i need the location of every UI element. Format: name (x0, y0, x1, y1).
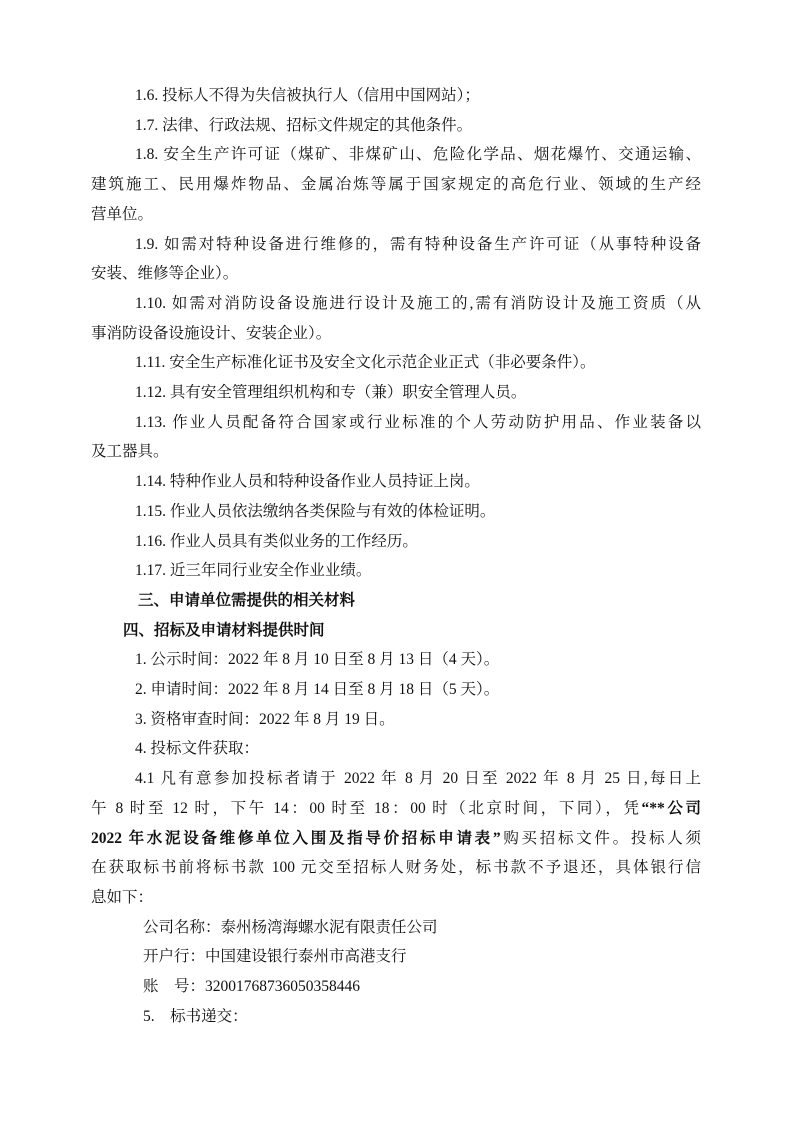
text-segment: 4.1 凡有意参加投标者请于 2022 年 8 月 20 日至 2022 年 8… (135, 770, 701, 787)
text-segment: 息如下： (91, 889, 153, 906)
text-segment: 购买招标文件。投标人须 (501, 830, 701, 847)
text-line: 3. 资格审查时间：2022 年 8 月 19 日。 (91, 705, 701, 735)
text-segment: 2. 申请时间：2022 年 8 月 14 日至 8 月 18 日（5 天）。 (135, 681, 499, 698)
text-segment: 及工器具。 (91, 443, 169, 460)
text-line: 账 号：32001768736050358446 (91, 972, 701, 1002)
bold-text-segment: “**公司 (642, 800, 701, 817)
text-segment: 1.6. 投标人不得为失信被执行人（信用中国网站）； (135, 87, 480, 104)
document-page: 1.6. 投标人不得为失信被执行人（信用中国网站）；1.7. 法律、行政法规、招… (0, 0, 793, 1122)
text-line: 营单位。 (91, 200, 701, 230)
text-line: 1.6. 投标人不得为失信被执行人（信用中国网站）； (91, 81, 701, 111)
text-line: 1.17. 近三年同行业安全作业业绩。 (91, 556, 701, 586)
text-segment: 4. 投标文件获取： (135, 740, 259, 757)
section-heading: 三、申请单位需提供的相关材料 (91, 586, 701, 616)
text-segment: 午 8 时至 12 时，下午 14：00 时至 18：00 时（北京时间，下同）… (91, 800, 642, 817)
text-line: 1. 公示时间：2022 年 8 月 10 日至 8 月 13 日（4 天）。 (91, 645, 701, 675)
text-line: 及工器具。 (91, 437, 701, 467)
text-segment: 1.15. 作业人员依法缴纳各类保险与有效的体检证明。 (135, 503, 495, 520)
text-segment: 1.13. 作业人员配备符合国家或行业标准的个人劳动防护用品、作业装备以 (135, 414, 701, 431)
text-line: 午 8 时至 12 时，下午 14：00 时至 18：00 时（北京时间，下同）… (91, 794, 701, 824)
text-line: 建筑施工、民用爆炸物品、金属冶炼等属于国家规定的高危行业、领域的生产经 (91, 170, 701, 200)
text-segment: 1.12. 具有安全管理组织机构和专（兼）职安全管理人员。 (135, 384, 526, 401)
text-segment: 1.9. 如需对特种设备进行维修的，需有特种设备生产许可证（从事特种设备 (135, 236, 701, 253)
text-line: 1.7. 法律、行政法规、招标文件规定的其他条件。 (91, 111, 701, 141)
text-line: 4.1 凡有意参加投标者请于 2022 年 8 月 20 日至 2022 年 8… (91, 764, 701, 794)
text-segment: 三、申请单位需提供的相关材料 (138, 592, 355, 609)
text-segment: 1.11. 安全生产标准化证书及安全文化示范企业正式（非必要条件）。 (135, 354, 596, 371)
text-line: 1.16. 作业人员具有类似业务的工作经历。 (91, 527, 701, 557)
text-line: 安装、维修等企业）。 (91, 259, 701, 289)
text-line: 开户行：中国建设银行泰州市高港支行 (91, 942, 701, 972)
text-line: 1.15. 作业人员依法缴纳各类保险与有效的体检证明。 (91, 497, 701, 527)
bold-text-segment: 2022 年水泥设备维修单位入围及指导价招标申请表” (91, 830, 501, 847)
text-line: 4. 投标文件获取： (91, 734, 701, 764)
text-line: 2. 申请时间：2022 年 8 月 14 日至 8 月 18 日（5 天）。 (91, 675, 701, 705)
text-line: 5. 标书递交： (91, 1002, 701, 1032)
text-segment: 1.7. 法律、行政法规、招标文件规定的其他条件。 (135, 117, 472, 134)
text-line: 1.13. 作业人员配备符合国家或行业标准的个人劳动防护用品、作业装备以 (91, 408, 701, 438)
section-heading: 四、招标及申请材料提供时间 (91, 616, 701, 646)
text-segment: 3. 资格审查时间：2022 年 8 月 19 日。 (135, 711, 395, 728)
text-line: 息如下： (91, 883, 701, 913)
text-line: 公司名称：泰州杨湾海螺水泥有限责任公司 (91, 913, 701, 943)
text-segment: 事消防设备设施设计、安装企业）。 (91, 325, 331, 342)
text-segment: 四、招标及申请材料提供时间 (123, 622, 325, 639)
text-line: 事消防设备设施设计、安装企业）。 (91, 319, 701, 349)
text-segment: 建筑施工、民用爆炸物品、金属冶炼等属于国家规定的高危行业、领域的生产经 (91, 176, 701, 193)
text-line: 1.10. 如需对消防设备设施进行设计及施工的,需有消防设计及施工资质（从 (91, 289, 701, 319)
text-line: 1.8. 安全生产许可证（煤矿、非煤矿山、危险化学品、烟花爆竹、交通运输、 (91, 140, 701, 170)
text-segment: 1.8. 安全生产许可证（煤矿、非煤矿山、危险化学品、烟花爆竹、交通运输、 (135, 146, 701, 163)
text-line: 在获取标书前将标书款 100 元交至招标人财务处，标书款不予退还，具体银行信 (91, 853, 701, 883)
text-segment: 开户行：中国建设银行泰州市高港支行 (143, 948, 407, 965)
text-segment: 1.14. 特种作业人员和特种设备作业人员持证上岗。 (135, 473, 480, 490)
text-segment: 在获取标书前将标书款 100 元交至招标人财务处，标书款不予退还，具体银行信 (91, 859, 701, 876)
text-segment: 营单位。 (91, 206, 153, 223)
text-segment: 5. 标书递交： (143, 1008, 248, 1025)
text-segment: 1.17. 近三年同行业安全作业业绩。 (135, 562, 371, 579)
text-line: 1.9. 如需对特种设备进行维修的，需有特种设备生产许可证（从事特种设备 (91, 230, 701, 260)
text-line: 1.14. 特种作业人员和特种设备作业人员持证上岗。 (91, 467, 701, 497)
text-segment: 1. 公示时间：2022 年 8 月 10 日至 8 月 13 日（4 天）。 (135, 651, 499, 668)
text-segment: 安装、维修等企业）。 (91, 265, 238, 282)
text-segment: 1.16. 作业人员具有类似业务的工作经历。 (135, 533, 418, 550)
text-line: 2022 年水泥设备维修单位入围及指导价招标申请表”购买招标文件。投标人须 (91, 824, 701, 854)
text-line: 1.11. 安全生产标准化证书及安全文化示范企业正式（非必要条件）。 (91, 348, 701, 378)
text-segment: 1.10. 如需对消防设备设施进行设计及施工的,需有消防设计及施工资质（从 (135, 295, 701, 312)
text-segment: 公司名称：泰州杨湾海螺水泥有限责任公司 (143, 919, 438, 936)
text-segment: 账 号：32001768736050358446 (143, 978, 360, 995)
text-line: 1.12. 具有安全管理组织机构和专（兼）职安全管理人员。 (91, 378, 701, 408)
